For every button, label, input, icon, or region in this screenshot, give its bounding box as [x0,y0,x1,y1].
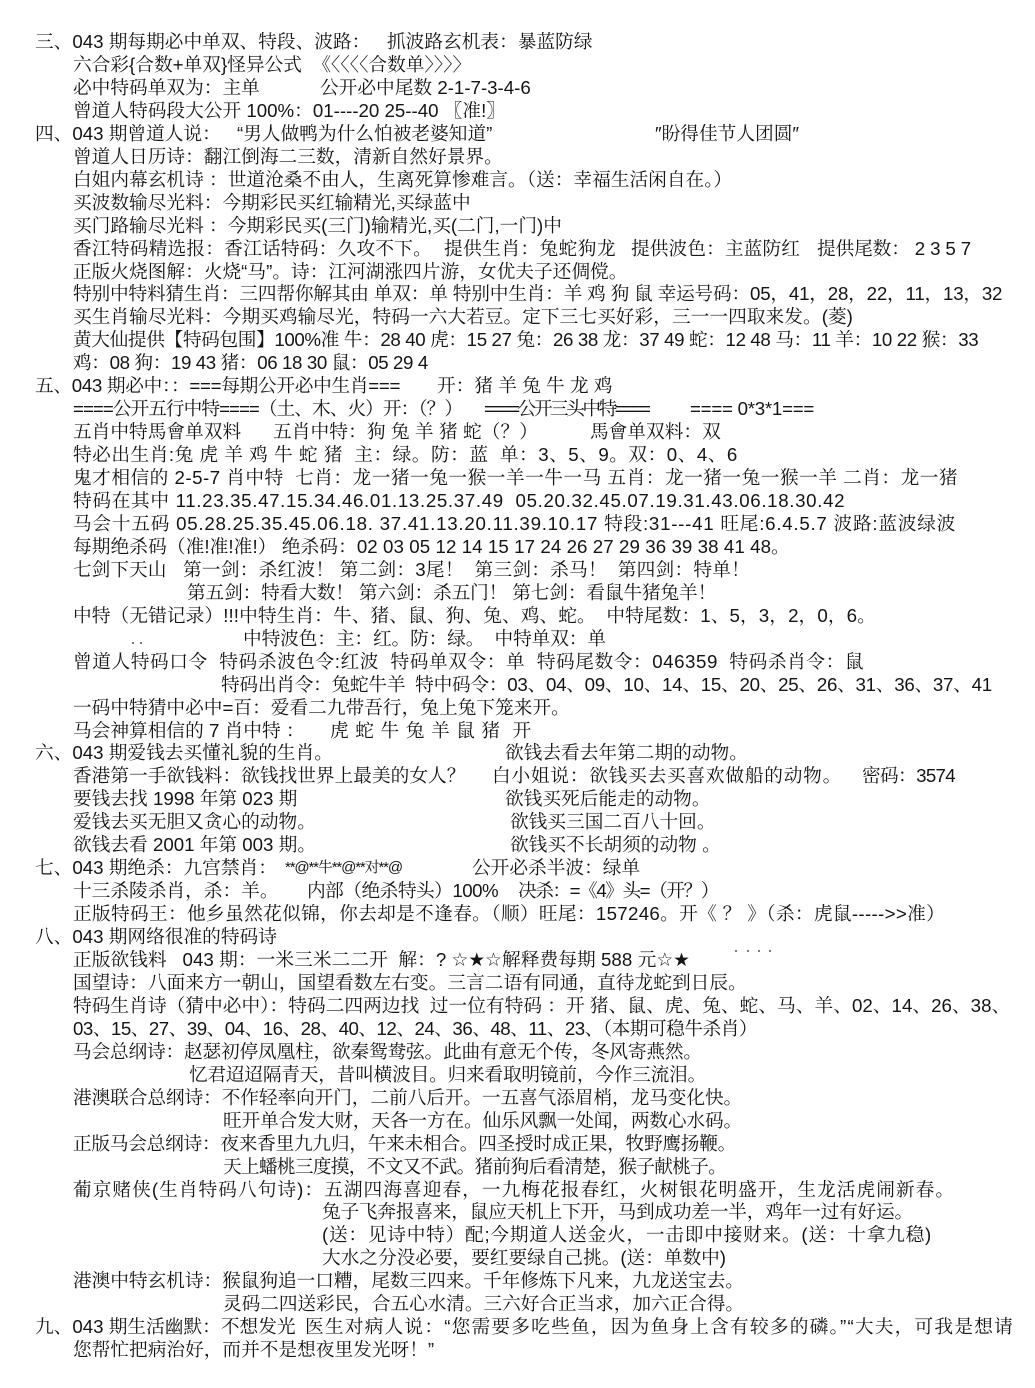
text-line: 兔子飞奔报喜来，鼠应天机上下开，马到成功差一半，鸡年一过有好运。 [0,1200,1035,1223]
text-segment: 公开必杀半波：绿单 [472,856,640,879]
text-segment: 抓波路玄机表：暴蓝防绿 [387,30,593,53]
quote-text: “男人做鸭为什么怕被老婆知道” [237,122,492,145]
text-segment: 港澳中特玄机诗：猴鼠狗追一口糟，尾数三四来。千年修炼下凡来，九龙送宝去。 [73,1269,744,1292]
text-segment: 曾道人日历诗：翻江倒海二三数，清新自然好景界。 [73,145,503,168]
text-line: 香港第一手欲钱料：欲钱找世界上最美的女人？ 白小姐说：欲钱买去买喜欢做船的动物。… [0,764,1035,787]
text-line: 五肖中特馬會单双料 五肖中特：狗 兔 羊 猪 蛇（？） 馬會单双料：双 [0,420,1035,443]
text-line: 中特（无错记录）!!!中特生肖：牛、猪、鼠、狗、兔、鸡、蛇。 中特尾数：1、5，… [0,604,1035,627]
section-heading: 九、043 期生活幽默：不想发光 医生对病人说：“您需要多吃些鱼，因为鱼身上含有… [0,1315,1035,1338]
text-segment: 灵码二四送彩民，合五心水清。三六好合正当求，加六正合得。 [223,1292,744,1315]
text-segment: 正版马会总纲诗：夜来香里九九归，午来未相合。四圣授时成正果，牧野鹰扬鞭。 [73,1132,736,1155]
text-segment: 一码中特猜中必中=百：爱看二九带吾行，兔上兔下笼来开。 [73,696,570,719]
text-segment: 十三杀陵杀肖，杀：羊。 [73,879,279,902]
text-line: 七剑下天山 第一剑：杀红波！ 第二剑：3尾！ 第三剑：杀马！ 第四剑：特单！ [0,558,1035,581]
text-segment: 欲钱买三国二百八十回。 [510,810,716,833]
text-segment: 特码在其中 11.23.35.47.15.34.46.01.13.25.37.4… [73,489,845,512]
text-segment: 决杀：=《4》头=（开？） [518,879,718,902]
text-segment: 虎 蛇 牛 兔 羊 鼠 猪 开 [330,719,532,742]
text-segment: 欲钱去看 2001 年第 003 期。 [73,833,316,856]
text-segment: 中特波色：主：红。防：绿。 中特单双：单 [243,627,606,650]
text-line: 正版欲钱料 043 期：一米三米二二开 解：? ☆★☆解释费每期 588 元☆★ [0,948,1035,971]
text-segment: 特必出生肖:兔 虎 羊 鸡 牛 蛇 猪 主：绿。防：蓝 单：3、5、9。双：0、… [73,443,738,466]
text-segment: 天上蟠桃三度摸，不文又不武。猪前狗后看清楚，猴子献桃子。 [223,1155,726,1178]
heading-text: 五、043 期必中：：===每期公开必中生肖=== [35,374,400,397]
text-line: 特码在其中 11.23.35.47.15.34.46.01.13.25.37.4… [0,489,1035,512]
text-segment: 买门路输尽光料 ：今期彩民买(三门)输精光,买(二门,一门)中 [73,214,562,237]
text-line: 要钱去找 1998 年第 023 期 欲钱买死后能走的动物。 [0,787,1035,810]
text-segment: 旺开单合发大财，天各一方在。仙乐风飘一处闻，两数心水码。 [223,1109,742,1132]
text-line: 中特波色：主：红。防：绿。 中特单双：单 [0,627,1035,650]
text-line: 必中特码单双为：主单 公开必中尾数 2-1-7-3-4-6 [0,76,1035,99]
text-line: 03、15、27、39、04、16、28、40、12、24、36、48、11、2… [0,1017,1035,1040]
text-line: 忆君迢迢隔青天，昔叫横波目。归来看取明镜前，今作三流泪。 [0,1063,1035,1086]
heading-text: 七、043 期绝杀：九宫禁肖： [35,856,277,879]
text-line: 特码生肖诗（猜中必中）：特码二四两边找 过一位有特码 ：开 猪、鼠、虎、兔、蛇、… [0,994,1035,1017]
quote-text: ″盼得佳节人团圆″ [655,122,799,145]
text-segment: 黄大仙提供【特码包围】100%准 牛：28 40 虎：15 27 兔：26 38… [73,328,978,351]
text-line: 曾道人特码口令 特码杀波色令:红波 特码单双令：单 特码尾数令：046359 特… [0,650,1035,673]
text-segment: 提供尾数： 2 3 5 7 [817,237,971,260]
text-line: 正版特码王：他乡虽然花似锦，你去却是不逢春。（顺）旺尾：157246。开《 ？ … [0,902,1035,925]
text-segment: 特码生肖诗（猜中必中）：特码二四两边找 过一位有特码 ：开 猪、鼠、虎、兔、蛇、… [73,994,1010,1017]
speck-mark [769,950,771,952]
text-segment: 欲钱买死后能走的动物。 [505,787,711,810]
text-segment: **@**牛**@**对**@ [285,856,402,879]
text-segment: 欲钱去看去年第二期的动物。 [505,741,748,764]
text-segment: 鸡：08 狗：19 43 猪：06 18 30 鼠：05 29 4 [73,351,428,374]
text-segment: 第五剑：特看大数！ 第六剑：杀五门！ 第七剑：看鼠牛猪兔羊！ [187,581,716,604]
text-line: 香江特码精选报：香江话特码：久攻不下。 提供生肖：兔蛇狗龙 提供波色：主蓝防红 … [0,237,1035,260]
lottery-document-page: 三、043 期每期必中单双、特段、波路： 抓波路玄机表：暴蓝防绿 六合彩{合数+… [0,0,1035,1388]
text-segment: 特别中特料猜生肖：三四帮你解其由 单双：单 特别中生肖：羊 鸡 狗 鼠 幸运号码… [73,282,1002,305]
text-segment: 提供生肖：兔蛇狗龙 [444,237,616,260]
text-segment: 馬會单双料：双 [590,420,721,443]
heading-text: 四、043 期曾道人说： [35,122,221,145]
text-segment: 正版欲钱料 043 期：一米三米二二开 解：? ☆★☆解释费每期 588 元☆★ [73,948,690,971]
text-line: 特必出生肖:兔 虎 羊 鸡 牛 蛇 猪 主：绿。防：蓝 单：3、5、9。双：0、… [0,443,1035,466]
text-segment: 六合彩{合数+单双}怪异公式 《〈〈〈〈合数单〉〉〉〉 [73,53,471,76]
text-segment: 兔子飞奔报喜来，鼠应天机上下开，马到成功差一半，鸡年一过有好运。 [322,1200,913,1223]
text-segment: 每期绝杀码（准!准!准!） 绝杀码：02 03 05 12 14 15 17 2… [73,535,790,558]
text-segment: 开：猪 羊 兔 牛 龙 鸡 [437,374,612,397]
text-line: 天上蟠桃三度摸，不文又不武。猪前狗后看清楚，猴子献桃子。 [0,1155,1035,1178]
text-line: 正版火烧图解：火烧“马”。诗：江河湖涨四片游，女优夫子还倜傥。 [0,260,1035,283]
text-segment: 欲钱买不长胡须的动物 。 [510,833,721,856]
text-segment: 必中特码单双为：主单 [73,76,260,99]
text-line: 港澳中特玄机诗：猴鼠狗追一口糟，尾数三四来。千年修炼下凡来，九龙送宝去。 [0,1269,1035,1292]
text-line: 鬼才相信的 2-5-7 肖中特 七肖：龙一猪一兔一猴一羊一牛一马 五肖：龙一猪一… [0,466,1035,489]
text-segment: 五肖中特：狗 兔 羊 猪 蛇（？） [273,420,538,443]
text-segment: 您帮忙把病治好，而并不是想夜里发光呀！” [73,1338,434,1361]
text-segment: 马会十五码 05.28.25.35.45.06.18. 37.41.13.20.… [73,512,956,535]
text-segment: 爱钱去买无胆又贪心的动物。 [73,810,316,833]
text-line: 您帮忙把病治好，而并不是想夜里发光呀！” [0,1338,1035,1361]
text-segment: 港澳联合总纲诗：不作轻率向开门，二前八后开。一五喜气添眉梢，龙马变化快。 [73,1086,742,1109]
text-line: 港澳联合总纲诗：不作轻率向开门，二前八后开。一五喜气添眉梢，龙马变化快。 [0,1086,1035,1109]
text-segment: 买生肖输尽光料：今期买鸡输尽光，特码一六大若豆。定下三七买好彩，三一一四取来发。… [73,305,853,328]
text-line: 每期绝杀码（准!准!准!） 绝杀码：02 03 05 12 14 15 17 2… [0,535,1035,558]
section-heading: 六、043 期爱钱去买懂礼貌的生肖。 欲钱去看去年第二期的动物。 [0,741,1035,764]
text-segment: 曾道人特码段大公开 100%：01----20 25--40 〖准!〗 [73,99,505,122]
text-line: 国望诗：八面来方一朝山，国望看数左右变。三言二语有同通，直待龙蛇到日辰。 [0,971,1035,994]
text-segment: 要钱去找 1998 年第 023 期 [73,787,297,810]
text-line: 欲钱去看 2001 年第 003 期。 欲钱买不长胡须的动物 。 [0,833,1035,856]
text-line: 曾道人特码段大公开 100%：01----20 25--40 〖准!〗 [0,99,1035,122]
text-segment: ====公开三头中特==== [484,397,648,420]
text-segment: 中特（无错记录）!!!中特生肖：牛、猪、鼠、狗、兔、鸡、蛇。 中特尾数：1、5，… [73,604,876,627]
text-segment: 03、15、27、39、04、16、28、40、12、24、36、48、11、2… [73,1017,757,1040]
text-line: 特别中特料猜生肖：三四帮你解其由 单双：单 特别中生肖：羊 鸡 狗 鼠 幸运号码… [0,282,1035,305]
text-segment: 七剑下天山 [73,558,166,581]
text-segment: (送：见诗中特）配;今期道人送金火，一击即中接财来。(送：十拿九稳) [322,1223,932,1246]
text-line: 第五剑：特看大数！ 第六剑：杀五门！ 第七剑：看鼠牛猪兔羊！ [0,581,1035,604]
text-line: 大水之分没必要，要红要绿自己挑。(送：单数中) [0,1246,1035,1269]
text-segment: 香港第一手欲钱料：欲钱找世界上最美的女人？ [73,764,465,787]
heading-text: 三、043 期每期必中单双、特段、波路： [35,30,370,53]
section-heading: 四、043 期曾道人说： “男人做鸭为什么怕被老婆知道” ″盼得佳节人团圆″ [0,122,1035,145]
text-line: 买波数输尽光料：今期彩民买红输精光,买绿蓝中 [0,191,1035,214]
text-segment: 买波数输尽光料：今期彩民买红输精光,买绿蓝中 [73,191,471,214]
text-line: (送：见诗中特）配;今期道人送金火，一击即中接财来。(送：十拿九稳) [0,1223,1035,1246]
text-line: 买门路输尽光料 ：今期彩民买(三门)输精光,买(二门,一门)中 [0,214,1035,237]
text-line: ====公开五行中特====（土、木、火）开：（？） ====公开三头中特===… [0,397,1035,420]
speck-mark [140,642,142,644]
text-segment: 国望诗：八面来方一朝山，国望看数左右变。三言二语有同通，直待龙蛇到日辰。 [73,971,747,994]
text-segment: ====公开五行中特====（土、木、火）开：（？） [73,397,462,420]
text-segment: 葡京赌侠(生肖特码八句诗)：五湖四海喜迎春，一九梅花报春红，火树银花明盛开，生龙… [73,1178,955,1201]
text-segment: 第一剑：杀红波！ 第二剑：3尾！ 第三剑：杀马！ 第四剑：特单！ [183,558,750,581]
text-segment: 特码出肖令：兔蛇牛羊 特中码令：03、04、09、10、14、15、20、25、… [221,673,992,696]
speck-mark [132,642,134,644]
text-segment: 白姐内幕玄机诗 ：世道沧桑不由人，生离死算惨难言。（送：幸福生活闲自在。） [73,168,732,191]
section-heading: 五、043 期必中：：===每期公开必中生肖=== 开：猪 羊 兔 牛 龙 鸡 [0,374,1035,397]
text-segment: 五肖中特馬會单双料 [73,420,241,443]
text-line: 鸡：08 狗：19 43 猪：06 18 30 鼠：05 29 4 [0,351,1035,374]
text-segment: 鬼才相信的 2-5-7 肖中特 七肖：龙一猪一兔一猴一羊一牛一马 五肖：龙一猪一… [73,466,958,489]
speck-mark [735,950,737,952]
text-line: 白姐内幕玄机诗 ：世道沧桑不由人，生离死算惨难言。（送：幸福生活闲自在。） [0,168,1035,191]
text-line: 六合彩{合数+单双}怪异公式 《〈〈〈〈合数单〉〉〉〉 [0,53,1035,76]
text-line: 正版马会总纲诗：夜来香里九九归，午来未相合。四圣授时成正果，牧野鹰扬鞭。 [0,1132,1035,1155]
text-segment: 马会神算相信的 7 肖中特 ： [73,719,305,742]
text-line: 黄大仙提供【特码包围】100%准 牛：28 40 虎：15 27 兔：26 38… [0,328,1035,351]
text-line: 十三杀陵杀肖，杀：羊。 内部（绝杀特头）100% 决杀：=《4》头=（开？） [0,879,1035,902]
heading-text: 六、043 期爱钱去买懂礼貌的生肖。 [35,741,333,764]
text-line: 灵码二四送彩民，合五心水清。三六好合正当求，加六正合得。 [0,1292,1035,1315]
text-segment: 内部（绝杀特头）100% [307,879,498,902]
text-line: 马会十五码 05.28.25.35.45.06.18. 37.41.13.20.… [0,512,1035,535]
text-line: 特码出肖令：兔蛇牛羊 特中码令：03、04、09、10、14、15、20、25、… [0,673,1035,696]
text-segment: 正版火烧图解：火烧“马”。诗：江河湖涨四片游，女优夫子还倜傥。 [73,260,627,283]
speck-mark [758,950,760,952]
text-segment: 大水之分没必要，要红要绿自己挑。(送：单数中) [322,1246,726,1269]
text-segment: 曾道人特码口令 特码杀波色令:红波 特码单双令：单 特码尾数令：046359 特… [73,650,864,673]
speck-mark [747,950,749,952]
password-text: 密码：3574 [862,764,955,787]
text-segment: 白小姐说：欲钱买去买喜欢做船的动物。 [492,764,842,787]
text-segment: 香江特码精选报：香江话特码：久攻不下。 [73,237,432,260]
text-segment: 正版特码王：他乡虽然花似锦，你去却是不逢春。（顺）旺尾：157246。开《 ？ … [73,902,945,925]
section-heading: 三、043 期每期必中单双、特段、波路： 抓波路玄机表：暴蓝防绿 [0,30,1035,53]
text-segment: 马会总纲诗：赵瑟初停凤凰柱，欲秦鸳鸯弦。此曲有意无个传，冬风寄燕然。 [73,1040,702,1063]
text-segment: 提供波色：主蓝防红 [631,237,800,260]
text-segment: 忆君迢迢隔青天，昔叫横波目。归来看取明镜前，今作三流泪。 [189,1063,706,1086]
section-heading: 七、043 期绝杀：九宫禁肖： **@**牛**@**对**@ 公开必杀半波：绿… [0,856,1035,879]
text-line: 买生肖输尽光料：今期买鸡输尽光，特码一六大若豆。定下三七买好彩，三一一四取来发。… [0,305,1035,328]
text-line: 葡京赌侠(生肖特码八句诗)：五湖四海喜迎春，一九梅花报春红，火树银花明盛开，生龙… [0,1178,1035,1201]
text-line: 马会神算相信的 7 肖中特 ： 虎 蛇 牛 兔 羊 鼠 猪 开 [0,719,1035,742]
heading-text: 八、043 期网络很准的特码诗 [35,925,277,948]
text-line: 旺开单合发大财，天各一方在。仙乐风飘一处闻，两数心水码。 [0,1109,1035,1132]
section-heading: 八、043 期网络很准的特码诗 [0,925,1035,948]
text-segment: 医生对病人说：“您需要多吃些鱼，因为鱼身上含有较多的磷。”“大夫，可我是想请 [305,1315,1014,1338]
text-line: 一码中特猜中必中=百：爱看二九带吾行，兔上兔下笼来开。 [0,696,1035,719]
text-line: 曾道人日历诗：翻江倒海二三数，清新自然好景界。 [0,145,1035,168]
heading-text: 九、043 期生活幽默：不想发光 [35,1315,296,1338]
text-segment: 公开必中尾数 2-1-7-3-4-6 [320,76,531,99]
text-line: 爱钱去买无胆又贪心的动物。 欲钱买三国二百八十回。 [0,810,1035,833]
text-line: 马会总纲诗：赵瑟初停凤凰柱，欲秦鸳鸯弦。此曲有意无个传，冬风寄燕然。 [0,1040,1035,1063]
text-segment: ==== 0*3*1=== [690,397,814,420]
